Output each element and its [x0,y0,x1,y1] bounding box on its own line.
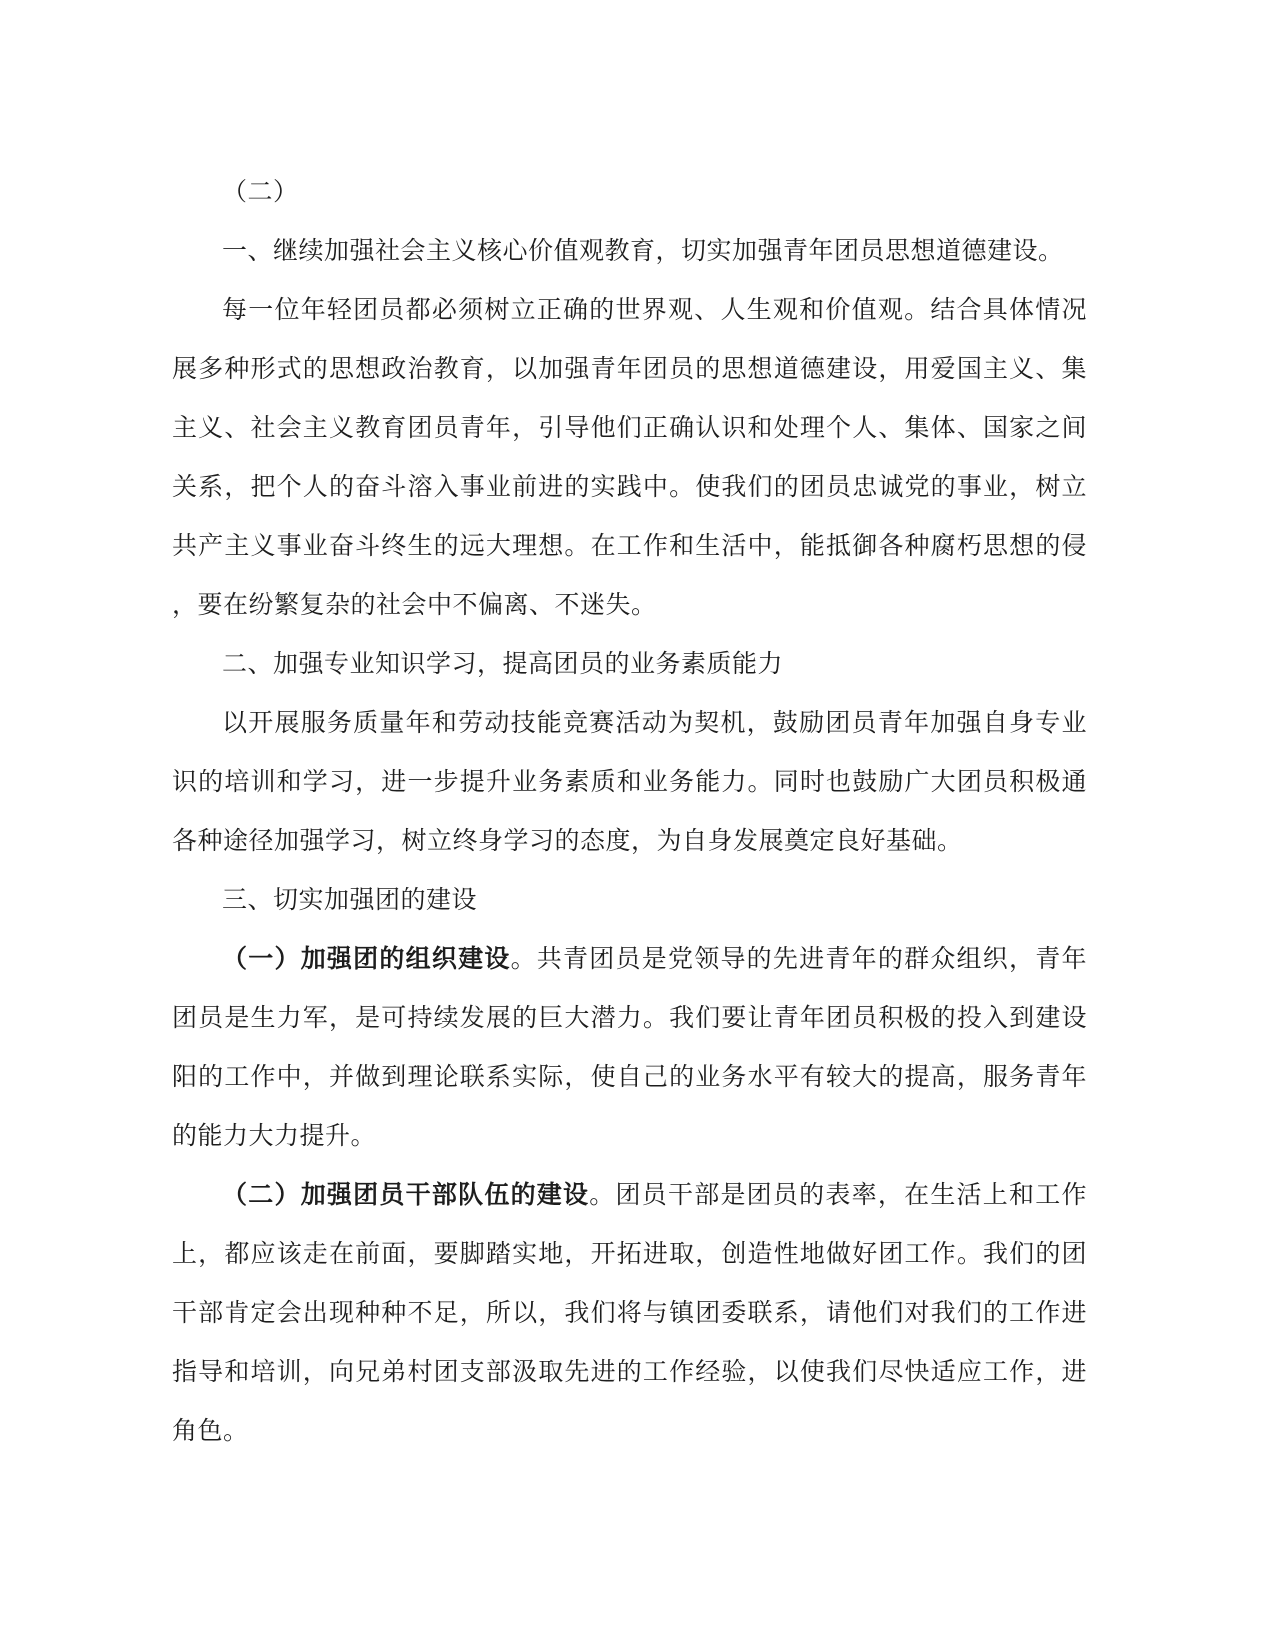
subheading-bold-text: （一）加强团的组织建设 [222,946,511,973]
paragraph-line: 角色。 [172,1402,1087,1461]
document-text-block: （二） 一、继续加强社会主义核心价值观教育，切实加强青年团员思想道德建设。 每一… [172,163,1087,1461]
paragraph-line: 每一位年轻团员都必须树立正确的世界观、人生观和价值观。结合具体情况开 [172,281,1087,340]
paragraph-line: 上，都应该走在前面，要脚踏实地，开拓进取，创造性地做好团工作。我们的团员 [172,1225,1087,1284]
subheading-bold-text: （二）加强团员干部队伍的建设 [222,1182,589,1209]
paragraph-line: 各种途径加强学习，树立终身学习的态度，为自身发展奠定良好基础。 [172,812,1087,871]
paragraph-line: 指导和培训，向兄弟村团支部汲取先进的工作经验，以使我们尽快适应工作，进入 [172,1343,1087,1402]
heading-line-3: 三、切实加强团的建设 [172,871,1087,930]
paragraph-line: 主义、社会主义教育团员青年，引导他们正确认识和处理个人、集体、国家之间的 [172,399,1087,458]
paragraph-line: 以开展服务质量年和劳动技能竞赛活动为契机，鼓励团员青年加强自身专业知 [172,694,1087,753]
paragraph-line-with-bold-heading: （二）加强团员干部队伍的建设。团员干部是团员的表率，在生活上和工作 [172,1166,1087,1225]
paragraph-line: 展多种形式的思想政治教育，以加强青年团员的思想道德建设，用爱国主义、集体 [172,340,1087,399]
paragraph-line: 共产主义事业奋斗终生的远大理想。在工作和生活中，能抵御各种腐朽思想的侵袭 [172,517,1087,576]
paragraph-line: 识的培训和学习，进一步提升业务素质和业务能力。同时也鼓励广大团员积极通过 [172,753,1087,812]
paragraph-text: 。团员干部是团员的表率，在生活上和工作 [589,1182,1087,1209]
paragraph-line-with-bold-heading: （一）加强团的组织建设。共青团员是党领导的先进青年的群众组织，青年 [172,930,1087,989]
paragraph-line: 干部肯定会出现种种不足，所以，我们将与镇团委联系，请他们对我们的工作进行 [172,1284,1087,1343]
paragraph-line: 阳的工作中，并做到理论联系实际，使自己的业务水平有较大的提高，服务青年的 [172,1048,1087,1107]
heading-line-1: 一、继续加强社会主义核心价值观教育，切实加强青年团员思想道德建设。 [172,222,1087,281]
paragraph-line: ，要在纷繁复杂的社会中不偏离、不迷失。 [172,576,1087,635]
heading-line-2: 二、加强专业知识学习，提高团员的业务素质能力 [172,635,1087,694]
section-number-heading: （二） [172,163,1087,222]
document-page: （二） 一、继续加强社会主义核心价值观教育，切实加强青年团员思想道德建设。 每一… [0,0,1275,1650]
paragraph-line: 的能力大力提升。 [172,1107,1087,1166]
paragraph-text: 。共青团员是党领导的先进青年的群众组织，青年 [511,946,1087,973]
paragraph-line: 团员是生力军，是可持续发展的巨大潜力。我们要让青年团员积极的投入到建设沥 [172,989,1087,1048]
paragraph-line: 关系，把个人的奋斗溶入事业前进的实践中。使我们的团员忠诚党的事业，树立为 [172,458,1087,517]
